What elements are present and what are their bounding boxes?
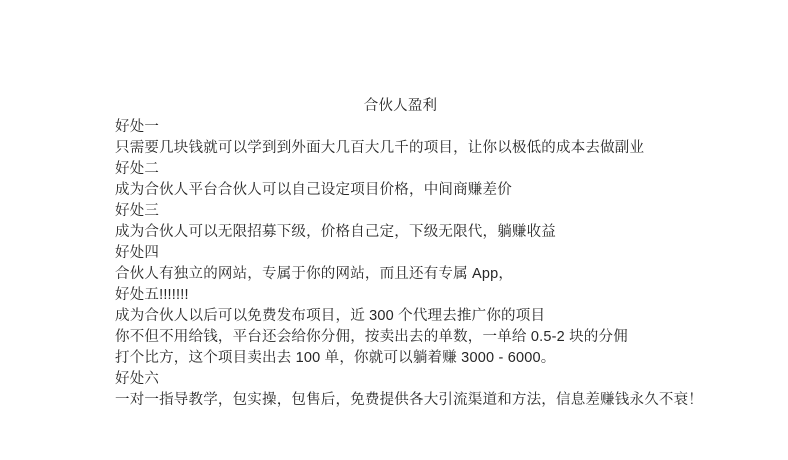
text-line: 你不但不用给钱，平台还会给你分佣，按卖出去的单数，一单给 0.5-2 块的分佣 — [115, 327, 686, 348]
text-lines: 好处一只需要几块钱就可以学到到外面大几百大几千的项目，让你以极低的成本去做副业好… — [115, 117, 686, 411]
text-line: 成为合伙人平台合伙人可以自己设定项目价格，中间商赚差价 — [115, 180, 686, 201]
text-line: 只需要几块钱就可以学到到外面大几百大几千的项目，让你以极低的成本去做副业 — [115, 138, 686, 159]
document-page: 合伙人盈利 好处一只需要几块钱就可以学到到外面大几百大几千的项目，让你以极低的成… — [115, 96, 686, 411]
text-line: 好处一 — [115, 117, 686, 138]
text-line: 好处六 — [115, 369, 686, 390]
text-line: 打个比方，这个项目卖出去 100 单，你就可以躺着赚 3000 - 6000。 — [115, 348, 686, 369]
text-line: 合伙人有独立的网站，专属于你的网站，而且还有专属 App， — [115, 264, 686, 285]
text-line: 一对一指导教学，包实操，包售后，免费提供各大引流渠道和方法，信息差赚钱永久不衰！ — [115, 390, 686, 411]
text-line: 好处二 — [115, 159, 686, 180]
text-line: 好处五!!!!!!! — [115, 285, 686, 306]
text-line: 好处四 — [115, 243, 686, 264]
text-line: 好处三 — [115, 201, 686, 222]
text-line: 成为合伙人可以无限招募下级，价格自己定，下级无限代，躺赚收益 — [115, 222, 686, 243]
text-line: 成为合伙人以后可以免费发布项目，近 300 个代理去推广你的项目 — [115, 306, 686, 327]
page-title: 合伙人盈利 — [115, 96, 686, 117]
